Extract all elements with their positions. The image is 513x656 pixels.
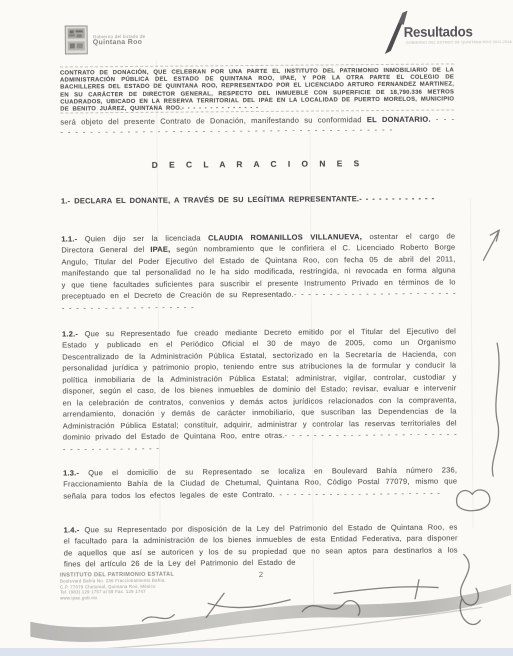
section1-heading-text: 1.- DECLARA EL DONANTE, A TRAVÉS DE SU L… [61,194,359,205]
intro-paragraph: será objeto del presente Contrato de Don… [60,114,454,138]
clause-1-1-pre: Quien dijo ser la licenciada [77,233,208,243]
gov-logo-line2: Quintana Roo [93,38,146,45]
footer-website: www.ipae.gob.mx [60,594,240,601]
document-content: Gobierno del Estado de Quintana Roo Resu… [0,0,513,656]
fold-crease [470,198,474,528]
clause-1-4: 1.4.- Que su Representado por disposició… [64,521,458,570]
section1-heading: 1.- DECLARA EL DONANTE, A TRAVÉS DE SU L… [61,193,455,205]
intro-donatario: EL DONATARIO. [367,115,431,125]
resultados-logo: Resultados GOBIERNO DEL ESTADO DE QUINTA… [382,10,506,55]
section1-heading-dashes: - - - - - - - - - - - - [359,194,434,204]
contract-opening-paragraph: CONTRATO DE DONACIÓN, QUE CELEBRAN POR U… [60,67,454,113]
clause-1-4-number: 1.4.- [64,525,80,534]
letterhead-footer: INSTITUTO DEL PATRIMONIO ESTATAL Bouleva… [60,571,240,601]
page-number: 2 [246,570,276,579]
clause-1-2: 1.2.- Que su Representado fue creado med… [62,325,457,454]
clause-1-3: 1.3.- Que el domicilio de su Representad… [63,464,457,501]
clause-1-2-number: 1.2.- [62,329,78,338]
resultados-title: Resultados [404,23,473,40]
clause-1-1: 1.1.- Quien dijo ser la licenciada CLAUD… [61,230,456,313]
resultados-tagline: GOBIERNO DEL ESTADO DE QUINTANA ROO 2011… [406,40,512,45]
declarations-heading: D E C L A R A C I O N E S [61,157,455,170]
quintana-roo-crest-icon [65,25,88,54]
scanned-document-page: Gobierno del Estado de Quintana Roo Resu… [0,0,513,656]
clause-1-1-ipae: IPAE, [150,245,170,254]
clause-1-4-text: Que su Representado por disposición de l… [64,522,458,568]
clause-1-2-text: Que su Representado fue creado mediante … [62,326,457,453]
clause-1-1-number: 1.1.- [61,234,77,243]
gov-logo-text: Gobierno del Estado de Quintana Roo [93,33,146,45]
scan-edge-strip [0,648,513,656]
clause-1-1-name: CLAUDIA ROMANILLOS VILLANUEVA, [208,232,362,242]
quintana-roo-gov-logo: Gobierno del Estado de Quintana Roo [65,25,146,55]
clause-1-3-text: Que el domicilio de su Representado se l… [63,465,457,500]
clause-1-3-number: 1.3.- [63,468,79,477]
